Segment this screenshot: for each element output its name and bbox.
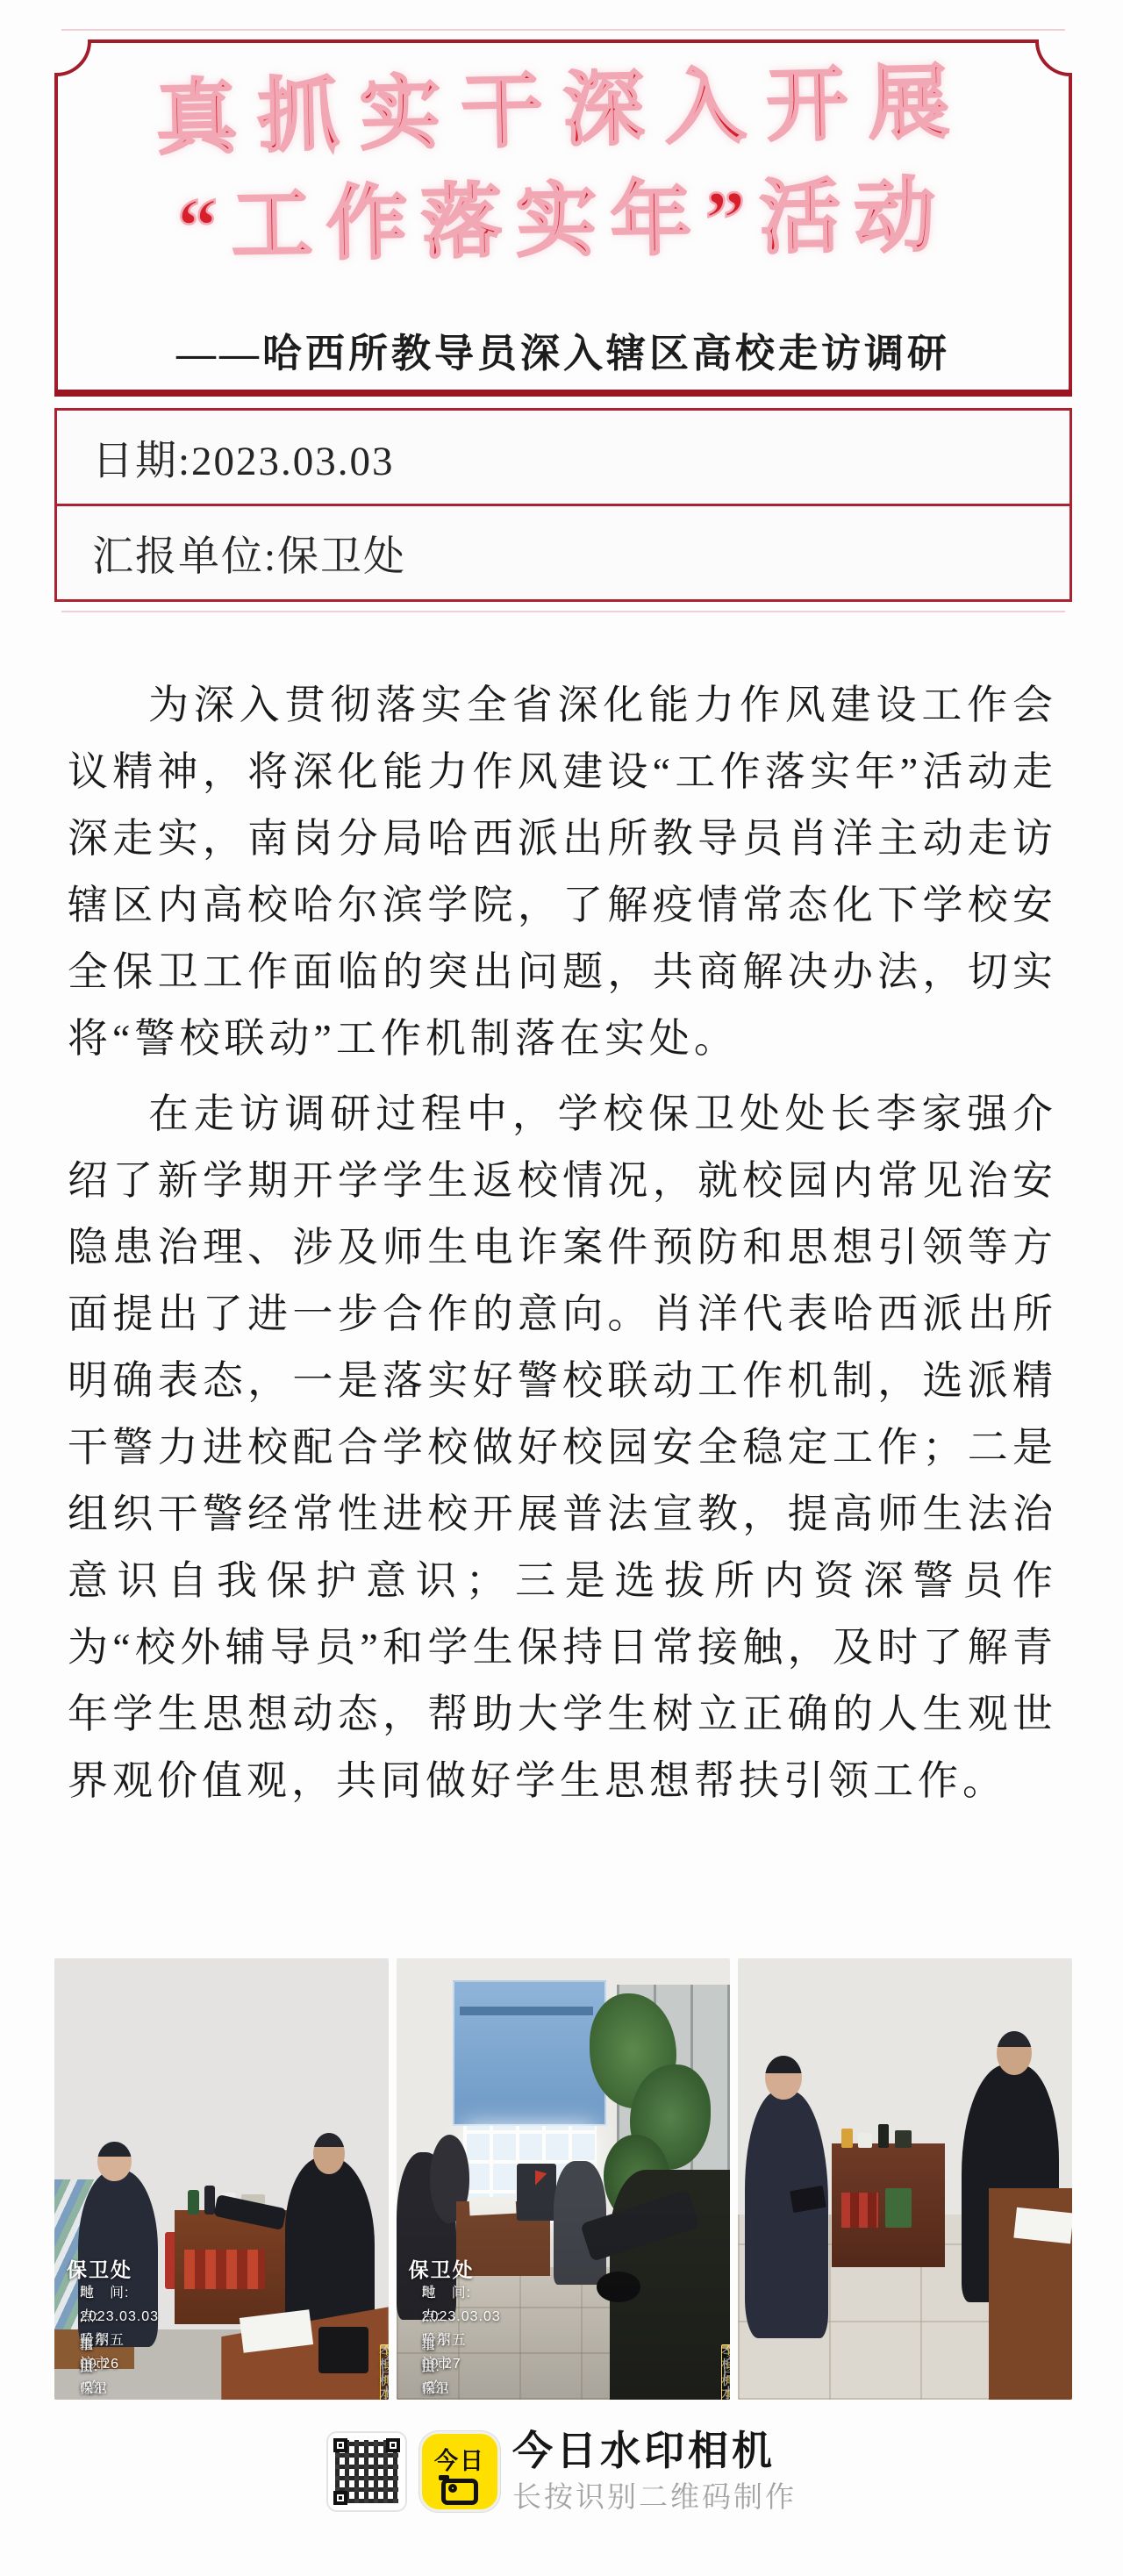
qr-finder-bottom-left (333, 2491, 347, 2505)
watermark-dept-label: 保卫处 (67, 2254, 132, 2283)
photo-3[interactable] (738, 1958, 1072, 2400)
report-page: 真抓实干深入开展 “工作落实年”活动 ——哈西所教导员深入辖区高校走访调研 日期… (0, 0, 1123, 2576)
qr-finder-top-right (386, 2438, 400, 2452)
watermark-reason: 事 由: 保卫处与公安派出所安全交流 (422, 2334, 450, 2400)
dark-bottle (878, 2124, 888, 2149)
page-title-line1: 真抓实干深入开展 (54, 51, 1073, 170)
header: 真抓实干深入开展 “工作落实年”活动 ——哈西所教导员深入辖区高校走访调研 (54, 61, 1072, 378)
frame-accent-line-bottom (61, 611, 1065, 612)
page-title-line2: “工作落实年”活动 (54, 165, 1072, 277)
green-box (885, 2188, 912, 2228)
yellow-can (841, 2129, 853, 2149)
stamp-code-strip (380, 2345, 389, 2349)
watermark-dept-label: 保卫处 (409, 2254, 475, 2283)
real-time-badge: 真实时间 (721, 2344, 730, 2400)
green-bottle (188, 2190, 199, 2215)
police-officer-figure (745, 2091, 828, 2338)
officer-head (97, 2142, 131, 2181)
telephone (318, 2327, 368, 2373)
papers (1014, 2207, 1072, 2243)
qr-code[interactable] (326, 2431, 407, 2512)
qr-hint: 长按识别二维码制作 (512, 2481, 797, 2515)
photo-2[interactable]: 保卫处 时 间: 2023.03.03 星期五 09:27 地 点: 哈尔滨市·… (397, 1958, 731, 2400)
dark-bottle (204, 2186, 214, 2215)
photo-1[interactable]: 保卫处 时 间: 2023.03.03 星期五 09:26 地 点: 哈尔滨市·… (54, 1958, 389, 2400)
page-subtitle: ——哈西所教导员深入辖区高校走访调研 (54, 321, 1072, 378)
app-name: 今日水印相机 (512, 2429, 797, 2474)
man-in-black-figure (285, 2157, 376, 2333)
paragraph-1: 为深入贯彻落实全省深化能力作风建设工作会议精神，将深化能力作风建设“工作落实年”… (68, 672, 1057, 1072)
blind-bar (460, 2007, 593, 2015)
red-containers (184, 2250, 264, 2289)
footer: 今日 今日水印相机 长按识别二维码制作 (0, 2429, 1123, 2515)
photo-strip: 保卫处 时 间: 2023.03.03 星期五 09:26 地 点: 哈尔滨市·… (54, 1958, 1072, 2400)
white-cup (858, 2133, 871, 2149)
footer-text: 今日水印相机 长按识别二维码制作 (512, 2429, 797, 2515)
real-time-badge: 真实时间 (380, 2344, 389, 2400)
qr-finder-top-left (333, 2438, 347, 2452)
article-body: 为深入贯彻落实全省深化能力作风建设工作会议精神，将深化能力作风建设“工作落实年”… (68, 672, 1057, 1823)
report-unit-box: 汇报单位:保卫处 (54, 504, 1072, 602)
paragraph-2: 在走访调研过程中，学校保卫处处长李家强介绍了新学期开学学生返校情况，就校园内常见… (68, 1081, 1057, 1814)
camera-icon (441, 2479, 478, 2505)
watermark-camera-app-icon: 今日 (419, 2431, 500, 2512)
frame-accent-line-top (61, 29, 1065, 31)
app-icon-label: 今日 (422, 2442, 497, 2476)
officer-head (765, 2056, 802, 2100)
box (895, 2130, 912, 2148)
stamp-code-strip (721, 2345, 730, 2349)
red-cans (841, 2193, 878, 2228)
date-box: 日期:2023.03.03 (54, 408, 1072, 506)
watermark-reason: 事 由: 保卫处与公安派出所安全交流 (80, 2334, 108, 2400)
blue-roller-blind (453, 1980, 606, 2126)
